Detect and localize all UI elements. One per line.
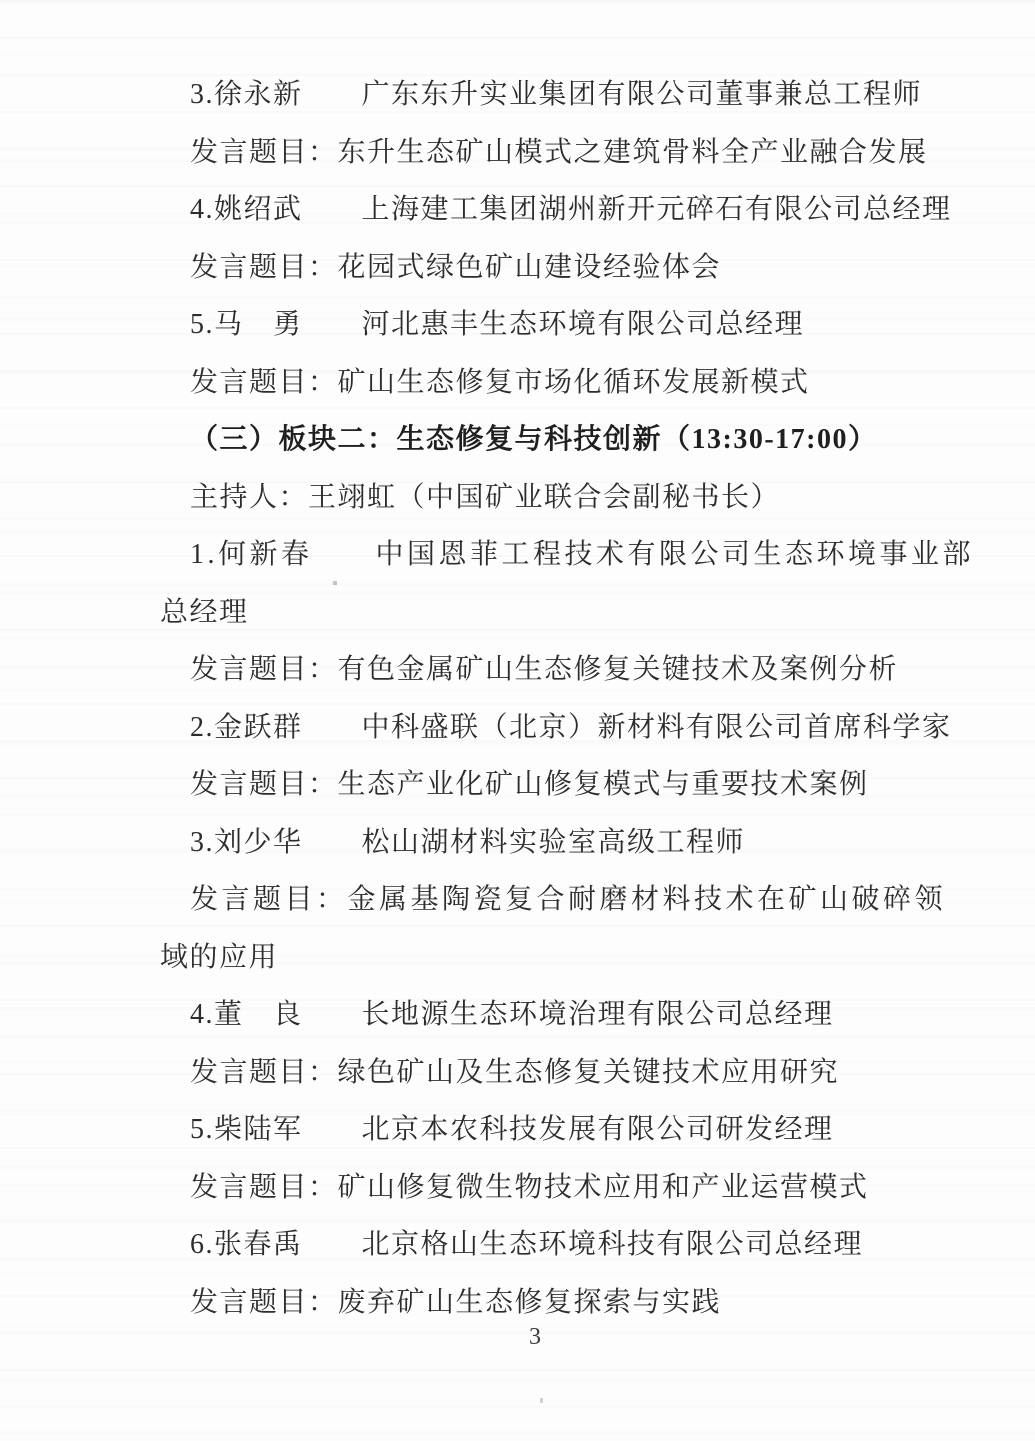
speaker-line: 5.马 勇 河北惠丰生态环境有限公司总经理 [160, 296, 980, 354]
document-text-block: 3.徐永新 广东东升实业集团有限公司董事兼总工程师 发言题目：东升生态矿山模式之… [160, 66, 980, 1331]
section-heading: （三）板块二：生态修复与科技创新（13:30-17:00） [160, 411, 980, 469]
continuation-line: 总经理 [160, 584, 980, 642]
page-number: 3 [505, 1313, 565, 1361]
topic-line: 发言题目：金属基陶瓷复合耐磨材料技术在矿山破碎领 [160, 871, 980, 929]
speaker-line: 2.金跃群 中科盛联（北京）新材料有限公司首席科学家 [160, 699, 980, 757]
host-line: 主持人：王翊虹（中国矿业联合会副秘书长） [160, 469, 980, 527]
speaker-line: 5.柴陆军 北京本农科技发展有限公司研发经理 [160, 1101, 980, 1159]
document-page: 3.徐永新 广东东升实业集团有限公司董事兼总工程师 发言题目：东升生态矿山模式之… [0, 0, 1035, 1441]
continuation-line: 域的应用 [160, 929, 980, 987]
topic-line: 发言题目：有色金属矿山生态修复关键技术及案例分析 [160, 641, 980, 699]
speaker-line: 4.董 良 长地源生态环境治理有限公司总经理 [160, 986, 980, 1044]
topic-line: 发言题目：矿山修复微生物技术应用和产业运营模式 [160, 1159, 980, 1217]
topic-line: 发言题目：矿山生态修复市场化循环发展新模式 [160, 354, 980, 412]
speaker-line: 3.刘少华 松山湖材料实验室高级工程师 [160, 814, 980, 872]
speaker-line: 1.何新春 中国恩菲工程技术有限公司生态环境事业部 [160, 526, 980, 584]
speaker-line: 3.徐永新 广东东升实业集团有限公司董事兼总工程师 [160, 66, 980, 124]
topic-line: 发言题目：绿色矿山及生态修复关键技术应用研究 [160, 1044, 980, 1102]
topic-line: 发言题目：东升生态矿山模式之建筑骨料全产业融合发展 [160, 124, 980, 182]
topic-line: 发言题目：生态产业化矿山修复模式与重要技术案例 [160, 756, 980, 814]
topic-line: 发言题目：废弃矿山生态修复探索与实践 [160, 1274, 980, 1332]
speaker-line: 4.姚绍武 上海建工集团湖州新开元碎石有限公司总经理 [160, 181, 980, 239]
speaker-line: 6.张春禹 北京格山生态环境科技有限公司总经理 [160, 1216, 980, 1274]
topic-line: 发言题目：花园式绿色矿山建设经验体会 [160, 239, 980, 297]
